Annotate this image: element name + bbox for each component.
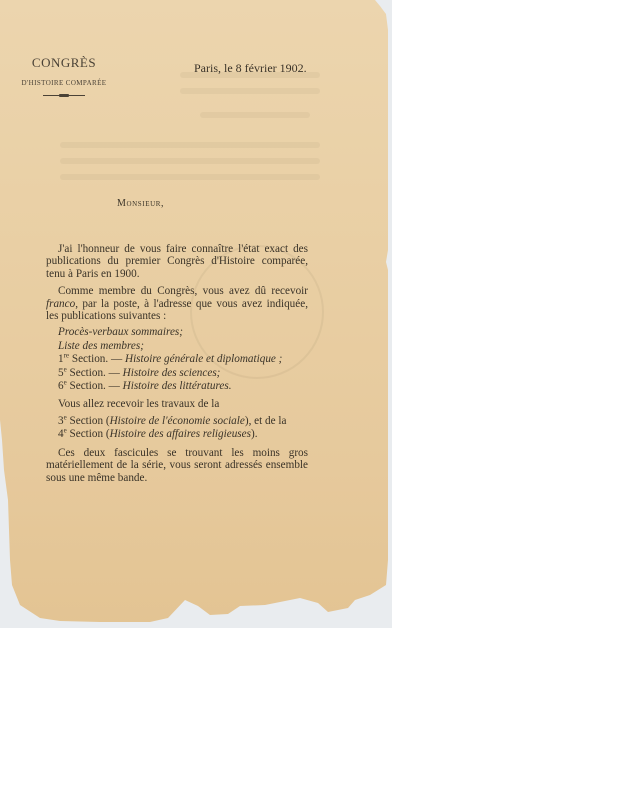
list-item: 6e Section. — Histoire des littératures. (58, 380, 308, 393)
upcoming-publications-list: 3e Section (Histoire de l'économie socia… (58, 415, 308, 442)
bleed-through-text (60, 174, 320, 180)
bleed-through-text (180, 88, 320, 94)
bleed-through-text (60, 142, 320, 148)
list-item: 3e Section (Histoire de l'économie socia… (58, 415, 308, 428)
list-item: 4e Section (Histoire des affaires religi… (58, 428, 308, 441)
paragraph-received: Comme membre du Congrès, vous avez dû re… (46, 285, 308, 322)
paragraph-closing: Ces deux fascicules se trouvant les moin… (46, 447, 308, 484)
list-item: 1re Section. — Histoire générale et dipl… (58, 353, 308, 366)
received-publications-list: Procès-verbaux sommaires; Liste des memb… (58, 326, 308, 393)
bleed-through-text (200, 112, 310, 118)
bleed-through-text (60, 158, 320, 164)
letter-date: Paris, le 8 février 1902. (194, 61, 307, 76)
letterhead-title: CONGRÈS (14, 55, 114, 71)
salutation: Monsieur, (117, 198, 164, 209)
paragraph-intro: J'ai l'honneur de vous faire connaître l… (46, 243, 308, 280)
letter-body: J'ai l'honneur de vous faire connaître l… (46, 243, 308, 484)
letterhead-subtitle: D'HISTOIRE COMPARÉE (14, 79, 114, 87)
list-item: 5e Section. — Histoire des sciences; (58, 367, 308, 380)
letterhead: CONGRÈS D'HISTOIRE COMPARÉE (14, 55, 114, 96)
letter-page: CONGRÈS D'HISTOIRE COMPARÉE Paris, le 8 … (0, 0, 388, 624)
list-item: Procès-verbaux sommaires; (58, 326, 308, 339)
paragraph-upcoming: Vous allez recevoir les travaux de la (46, 398, 308, 410)
ornament-divider (43, 95, 85, 96)
list-item: Liste des membres; (58, 340, 308, 353)
